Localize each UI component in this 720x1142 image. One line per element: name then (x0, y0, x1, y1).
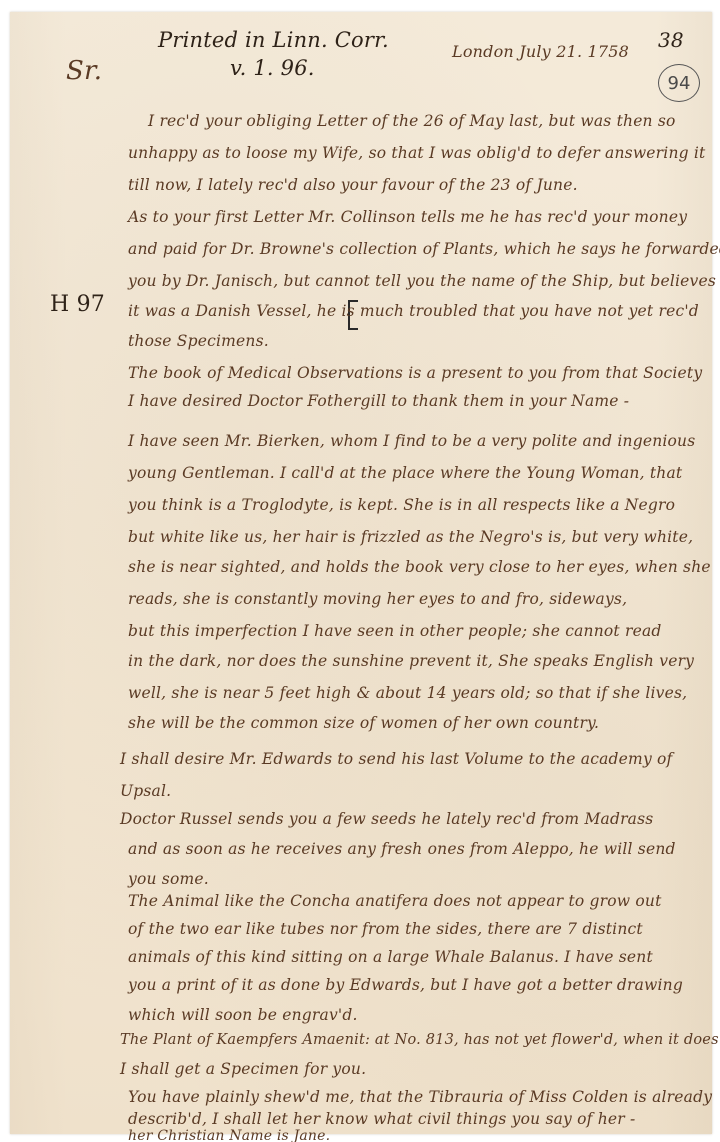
letter-line-8: those Specimens. (128, 332, 269, 350)
letter-line-24: and as soon as he receives any fresh one… (128, 840, 676, 858)
letter-line-19: well, she is near 5 feet high & about 14… (128, 684, 687, 702)
letter-line-2: unhappy as to loose my Wife, so that I w… (128, 144, 705, 162)
letter-line-30: which will soon be engrav'd. (128, 1006, 358, 1024)
printed-note-line2: v. 1. 96. (230, 56, 315, 80)
letter-line-23: Doctor Russel sends you a few seeds he l… (120, 810, 653, 828)
letter-page: Sr. Printed in Linn. Corr. v. 1. 96. Lon… (10, 12, 712, 1134)
letter-line-3: till now, I lately rec'd also your favou… (128, 176, 578, 194)
letter-line-1: I rec'd your obliging Letter of the 26 o… (148, 112, 676, 130)
letter-line-28: animals of this kind sitting on a large … (128, 948, 653, 966)
letter-line-5: and paid for Dr. Browne's collection of … (128, 240, 720, 258)
letter-line-34: describ'd, I shall let her know what civ… (128, 1110, 635, 1128)
letter-line-12: young Gentleman. I call'd at the place w… (128, 464, 682, 482)
letter-line-10: I have desired Doctor Fothergill to than… (128, 392, 629, 410)
circled-folio-number: 94 (658, 64, 700, 102)
letter-line-20: she will be the common size of women of … (128, 714, 599, 732)
letter-line-29: you a print of it as done by Edwards, bu… (128, 976, 683, 994)
letter-line-15: she is near sighted, and holds the book … (128, 558, 711, 576)
letter-line-31: The Plant of Kaempfers Amaenit: at No. 8… (120, 1032, 719, 1048)
circled-number-text: 94 (668, 73, 691, 94)
letter-line-16: reads, she is constantly moving her eyes… (128, 590, 627, 608)
letter-line-11: I have seen Mr. Bierken, whom I find to … (128, 432, 695, 450)
letter-line-7: it was a Danish Vessel, he is much troub… (128, 302, 699, 320)
letter-line-4: As to your first Letter Mr. Collinson te… (128, 208, 687, 226)
salutation: Sr. (66, 56, 102, 86)
letter-line-6: you by Dr. Janisch, but cannot tell you … (128, 272, 716, 290)
letter-line-13: you think is a Troglodyte, is kept. She … (128, 496, 675, 514)
letter-line-25: you some. (128, 870, 209, 888)
letter-line-14: but white like us, her hair is frizzled … (128, 528, 693, 546)
letter-line-18: in the dark, nor does the sunshine preve… (128, 652, 694, 670)
printed-note-line1: Printed in Linn. Corr. (158, 28, 389, 52)
letter-line-27: of the two ear like tubes nor from the s… (128, 920, 643, 938)
letter-line-9: The book of Medical Observations is a pr… (128, 364, 702, 382)
letter-line-26: The Animal like the Concha anatifera doe… (128, 892, 662, 910)
margin-note: H 97 (50, 292, 105, 317)
place-date: London July 21. 1758 (452, 42, 629, 61)
letter-line-21: I shall desire Mr. Edwards to send his l… (120, 750, 673, 768)
letter-line-22: Upsal. (120, 782, 171, 800)
folio-number: 38 (658, 28, 684, 52)
letter-line-32: I shall get a Specimen for you. (120, 1060, 366, 1078)
letter-line-33: You have plainly shew'd me, that the Tib… (128, 1088, 712, 1106)
letter-line-35: her Christian Name is Jane. (128, 1128, 330, 1142)
letter-line-17: but this imperfection I have seen in oth… (128, 622, 662, 640)
